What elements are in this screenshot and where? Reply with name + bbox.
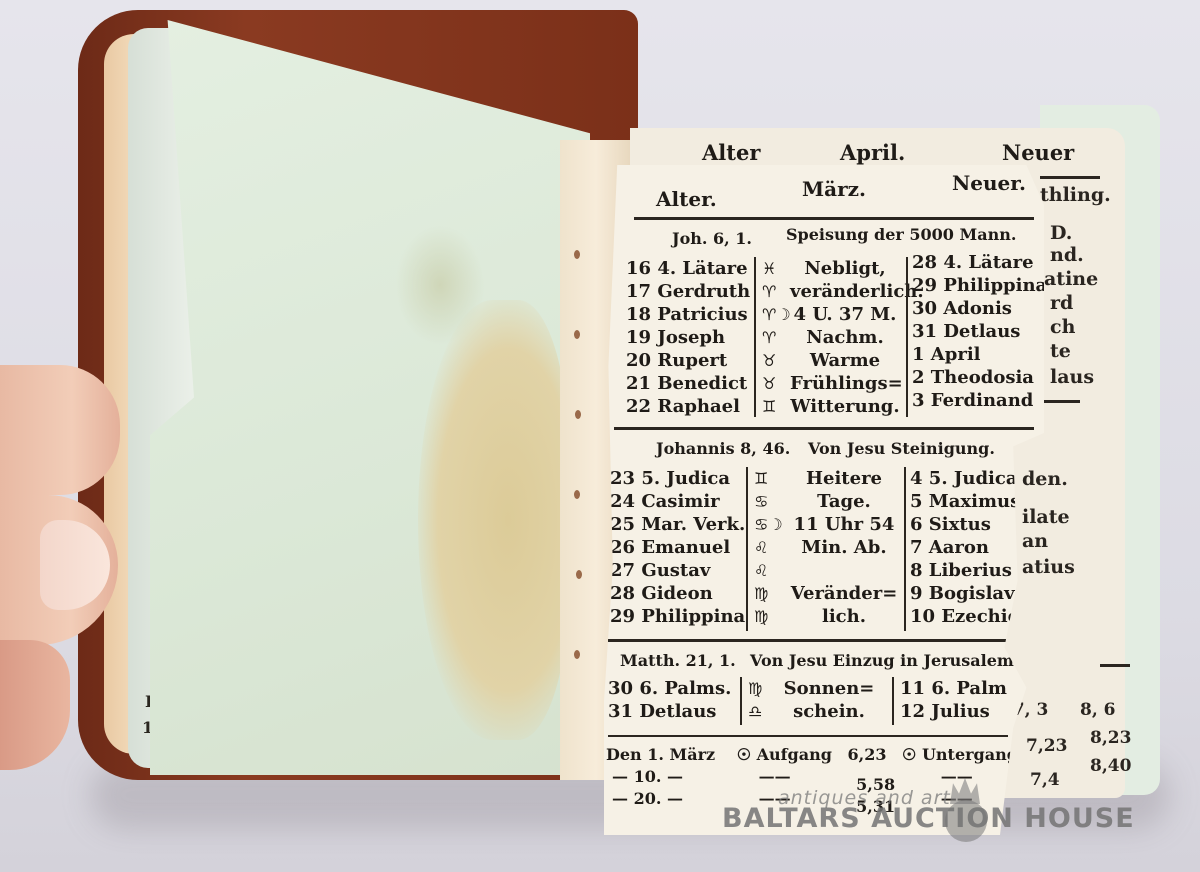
zodiac-icon: ♈☽	[762, 303, 791, 326]
zodiac-icon: ♍	[754, 605, 783, 628]
water-stain	[418, 300, 568, 740]
weather-notes: Heitere Tage. 11 Uhr 54 Min. Ab. Verände…	[784, 467, 904, 628]
april-fragment: ch	[1050, 316, 1075, 338]
april-fragment: an	[1022, 530, 1048, 552]
april-fragment: laus	[1050, 366, 1094, 388]
new-style-dates: 4 5. Judica 5 Maximus 6 Sixtus 7 Aaron 8…	[910, 467, 1026, 628]
section-ref: Johannis 8, 46.	[656, 439, 790, 458]
april-sun-fragment: 8,40	[1090, 756, 1131, 776]
april-fragment: atius	[1022, 556, 1075, 578]
april-fragment: D.	[1050, 222, 1072, 244]
finger	[0, 365, 120, 495]
april-fragment: te	[1050, 340, 1071, 362]
section-ref: Joh. 6, 1.	[672, 229, 752, 248]
march-header-center: März.	[802, 177, 866, 201]
april-fragment: ilate	[1022, 506, 1070, 528]
zodiac-icon: ♎	[748, 700, 762, 723]
zodiac-icon: ♈	[762, 280, 791, 303]
section-ref: Matth. 21, 1.	[620, 651, 736, 670]
zodiac-icon: ♈	[762, 326, 791, 349]
weather-notes: Sonnen= schein.	[774, 677, 884, 723]
april-fragment: thling.	[1040, 184, 1111, 206]
old-style-dates: 23 5. Judica 24 Casimir 25 Mar. Verk. 26…	[610, 467, 745, 628]
april-fragment: nd.	[1050, 244, 1084, 266]
sun-table-row: — 10. — —— 5,58 ——	[612, 767, 973, 786]
section-title: Von Jesu Einzug in Jerusalem	[750, 651, 1014, 670]
old-style-dates: 30 6. Palms. 31 Detlaus	[608, 677, 731, 723]
zodiac-icon: ♉	[762, 372, 791, 395]
zodiac-icon: ♍	[754, 582, 783, 605]
april-sun-fragment: 8, 6	[1080, 700, 1116, 720]
zodiac-icons: ♓ ♈ ♈☽ ♈ ♉ ♉ ♊	[762, 257, 791, 418]
april-fragment: den.	[1022, 468, 1068, 490]
new-style-dates: 28 4. Lätare 29 Philippina 30 Adonis 31 …	[912, 251, 1047, 412]
zodiac-icon: ♌	[754, 536, 783, 559]
zodiac-icon: ♉	[762, 349, 791, 372]
section-title: Von Jesu Steinigung.	[808, 439, 995, 458]
section-title: Speisung der 5000 Mann.	[786, 225, 1016, 244]
sun-table-row: Den 1. März ☉ Aufgang 6,23 ☉ Untergang	[606, 745, 1018, 764]
april-fragment: rd	[1050, 292, 1073, 314]
zodiac-icon: ♊	[762, 395, 791, 418]
march-page: Alter. März. Neuer. Joh. 6, 1. Speisung …	[604, 165, 1044, 835]
zodiac-icon: ♌	[754, 559, 783, 582]
april-fragment: atine	[1044, 268, 1098, 290]
zodiac-icon: ♍	[748, 677, 762, 700]
april-sun-fragment: 8,23	[1090, 728, 1131, 748]
zodiac-icon: ♊	[754, 467, 783, 490]
zodiac-icon: ♋	[754, 490, 783, 513]
zodiac-icon: ♋☽	[754, 513, 783, 536]
zodiac-icon: ♓	[762, 257, 791, 280]
march-header-right: Neuer.	[952, 171, 1026, 195]
new-style-dates: 11 6. Palm 12 Julius	[900, 677, 1007, 723]
april-header-right: Neuer	[1002, 140, 1074, 165]
april-header-center: April.	[840, 140, 905, 165]
watermark-brand: BALTARS AUCTION HOUSE	[722, 803, 1135, 834]
zodiac-icons: ♊ ♋ ♋☽ ♌ ♌ ♍ ♍	[754, 467, 783, 628]
april-header-left: Alter	[702, 140, 760, 165]
old-style-dates: 16 4. Lätare 17 Gerdruth 18 Patricius 19…	[626, 257, 750, 418]
weather-notes: Nebligt, veränderlich. 4 U. 37 M. Nachm.…	[790, 257, 900, 418]
march-header-left: Alter.	[656, 187, 717, 211]
zodiac-icons: ♍ ♎	[748, 677, 762, 723]
april-sun-fragment: 7,23	[1026, 736, 1067, 756]
april-sun-fragment: 7,4	[1030, 770, 1060, 790]
